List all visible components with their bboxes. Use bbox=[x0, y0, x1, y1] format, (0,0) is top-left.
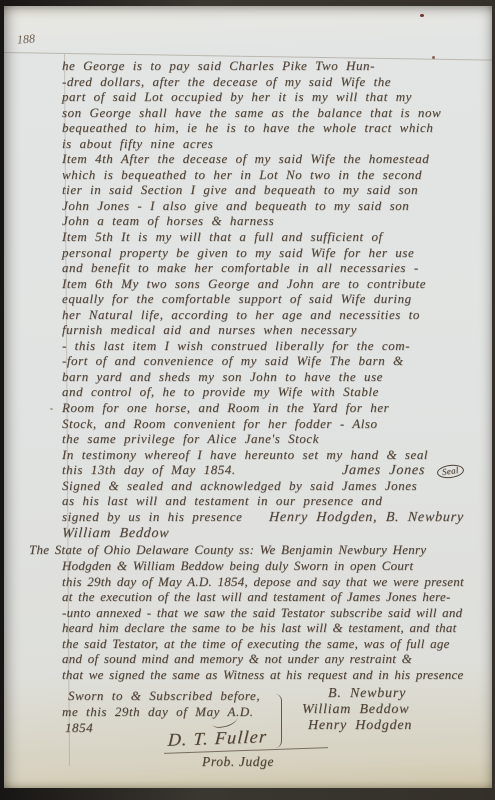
manuscript-line: at the execution of the last will and te… bbox=[62, 589, 464, 605]
manuscript-line: Item 5th It is my will that a full and s… bbox=[62, 229, 464, 245]
will-text-block: he George is to pay said Charles Pike Tw… bbox=[62, 58, 464, 462]
ink-speck bbox=[420, 14, 424, 17]
manuscript-line: the said Testator, at the time of execut… bbox=[62, 636, 464, 652]
manuscript-line: -fort of and convenience of my said Wife… bbox=[62, 353, 464, 369]
manuscript-line: Room for one horse, and Room in the Yard… bbox=[62, 400, 464, 416]
manuscript-line: and control of, he to provide my Wife wi… bbox=[62, 384, 464, 400]
manuscript-line: The State of Ohio Delaware County ss: We… bbox=[29, 542, 464, 558]
manuscript-line: John Jones - I also give and bequeath to… bbox=[62, 198, 464, 214]
manuscript-line: -dred dollars, after the decease of my s… bbox=[62, 74, 464, 90]
manuscript-line: personal property be given to my said Wi… bbox=[62, 245, 464, 261]
probate-oath-block: The State of Ohio Delaware County ss: We… bbox=[62, 542, 464, 682]
jurat-section: Sworn to & Subscribed before,me this 29t… bbox=[62, 686, 466, 800]
manuscript-line: is about fifty nine acres bbox=[62, 136, 464, 152]
witness-signature: William Beddow bbox=[302, 702, 409, 718]
testator-signature: James Jones bbox=[342, 463, 426, 479]
manuscript-line: - this last item I wish construed libera… bbox=[62, 338, 464, 354]
manuscript-line: furnish medical aid and nurses when nece… bbox=[62, 322, 464, 338]
attestation-text: signed by us in his presence bbox=[62, 509, 242, 525]
date-text: this 13th day of May 1854. bbox=[62, 462, 236, 478]
witness-signature-row: signed by us in his presence Henry Hodgd… bbox=[62, 509, 464, 525]
manuscript-line: tier in said Section I give and bequeath… bbox=[62, 182, 464, 198]
judge-signature: D. T. Fuller bbox=[167, 726, 268, 750]
manuscript-line: bequeathed to him, ie he is to have the … bbox=[62, 120, 464, 136]
manuscript-line: -unto annexed - that we saw the said Tes… bbox=[62, 605, 464, 621]
manuscript-line: equally for the comfortable support of s… bbox=[62, 291, 464, 307]
manuscript-line: Item 4th After the decease of my said Wi… bbox=[62, 151, 464, 167]
manuscript-line: that we signed the same as Witness at hi… bbox=[62, 667, 464, 683]
manuscript-line: he George is to pay said Charles Pike Tw… bbox=[62, 58, 464, 74]
manuscript-line: Item 6th My two sons George and John are… bbox=[62, 276, 464, 292]
manuscript-line: part of said Lot occupied by her it is m… bbox=[62, 89, 464, 105]
ledger-photo: 188 he George is to pay said Charles Pik… bbox=[0, 0, 495, 800]
manuscript-line: and of sound mind and memory & not under… bbox=[62, 651, 464, 667]
brace-mark bbox=[274, 694, 282, 748]
manuscript-line: as his last will and testament in our pr… bbox=[62, 493, 464, 509]
manuscript-body: he George is to pay said Charles Pike Tw… bbox=[62, 58, 464, 682]
witness-signature: Henry Hodgden bbox=[308, 718, 412, 734]
manuscript-line: barn yard and sheds my son John to have … bbox=[62, 369, 464, 385]
manuscript-line: John a team of horses & harness bbox=[62, 213, 464, 229]
manuscript-line: the same privilege for Alice Jane's Stoc… bbox=[62, 431, 464, 447]
judge-title: Prob. Judge bbox=[202, 754, 274, 770]
page-number: 188 bbox=[16, 31, 35, 47]
seal-mark: Seal bbox=[437, 464, 465, 480]
manuscript-line: In testimony whereof I have hereunto set… bbox=[62, 447, 464, 463]
jurat-line: 1854 bbox=[65, 720, 93, 736]
manuscript-line: heard him declare the same to be his las… bbox=[62, 620, 464, 636]
manuscript-line: and benefit to make her comfortable in a… bbox=[62, 260, 464, 276]
jurat-line: Sworn to & Subscribed before, bbox=[68, 688, 260, 704]
manuscript-line: her Natural life, according to her age a… bbox=[62, 307, 464, 323]
witness-signature: B. Newbury bbox=[328, 686, 406, 702]
attestation-block: Signed & sealed and acknowledged by said… bbox=[62, 478, 464, 509]
ink-speck bbox=[50, 408, 53, 410]
manuscript-line: Stock, and Room convenient for her fodde… bbox=[62, 416, 464, 432]
manuscript-line: which is bequeathed to her in Lot No two… bbox=[62, 167, 464, 183]
testator-signature-row: this 13th day of May 1854. James Jones S… bbox=[62, 462, 464, 478]
manuscript-line: son George shall have the same as the ba… bbox=[62, 105, 464, 121]
manuscript-line: this 29th day of May A.D. 1854, depose a… bbox=[62, 574, 464, 590]
manuscript-line: Signed & sealed and acknowledged by said… bbox=[62, 478, 464, 494]
manuscript-line: Hodgden & William Beddow being duly Swor… bbox=[62, 558, 464, 574]
witness-signatures: Henry Hodgden, B. Newbury bbox=[269, 510, 465, 526]
witness-signature: William Beddow bbox=[61, 526, 175, 542]
